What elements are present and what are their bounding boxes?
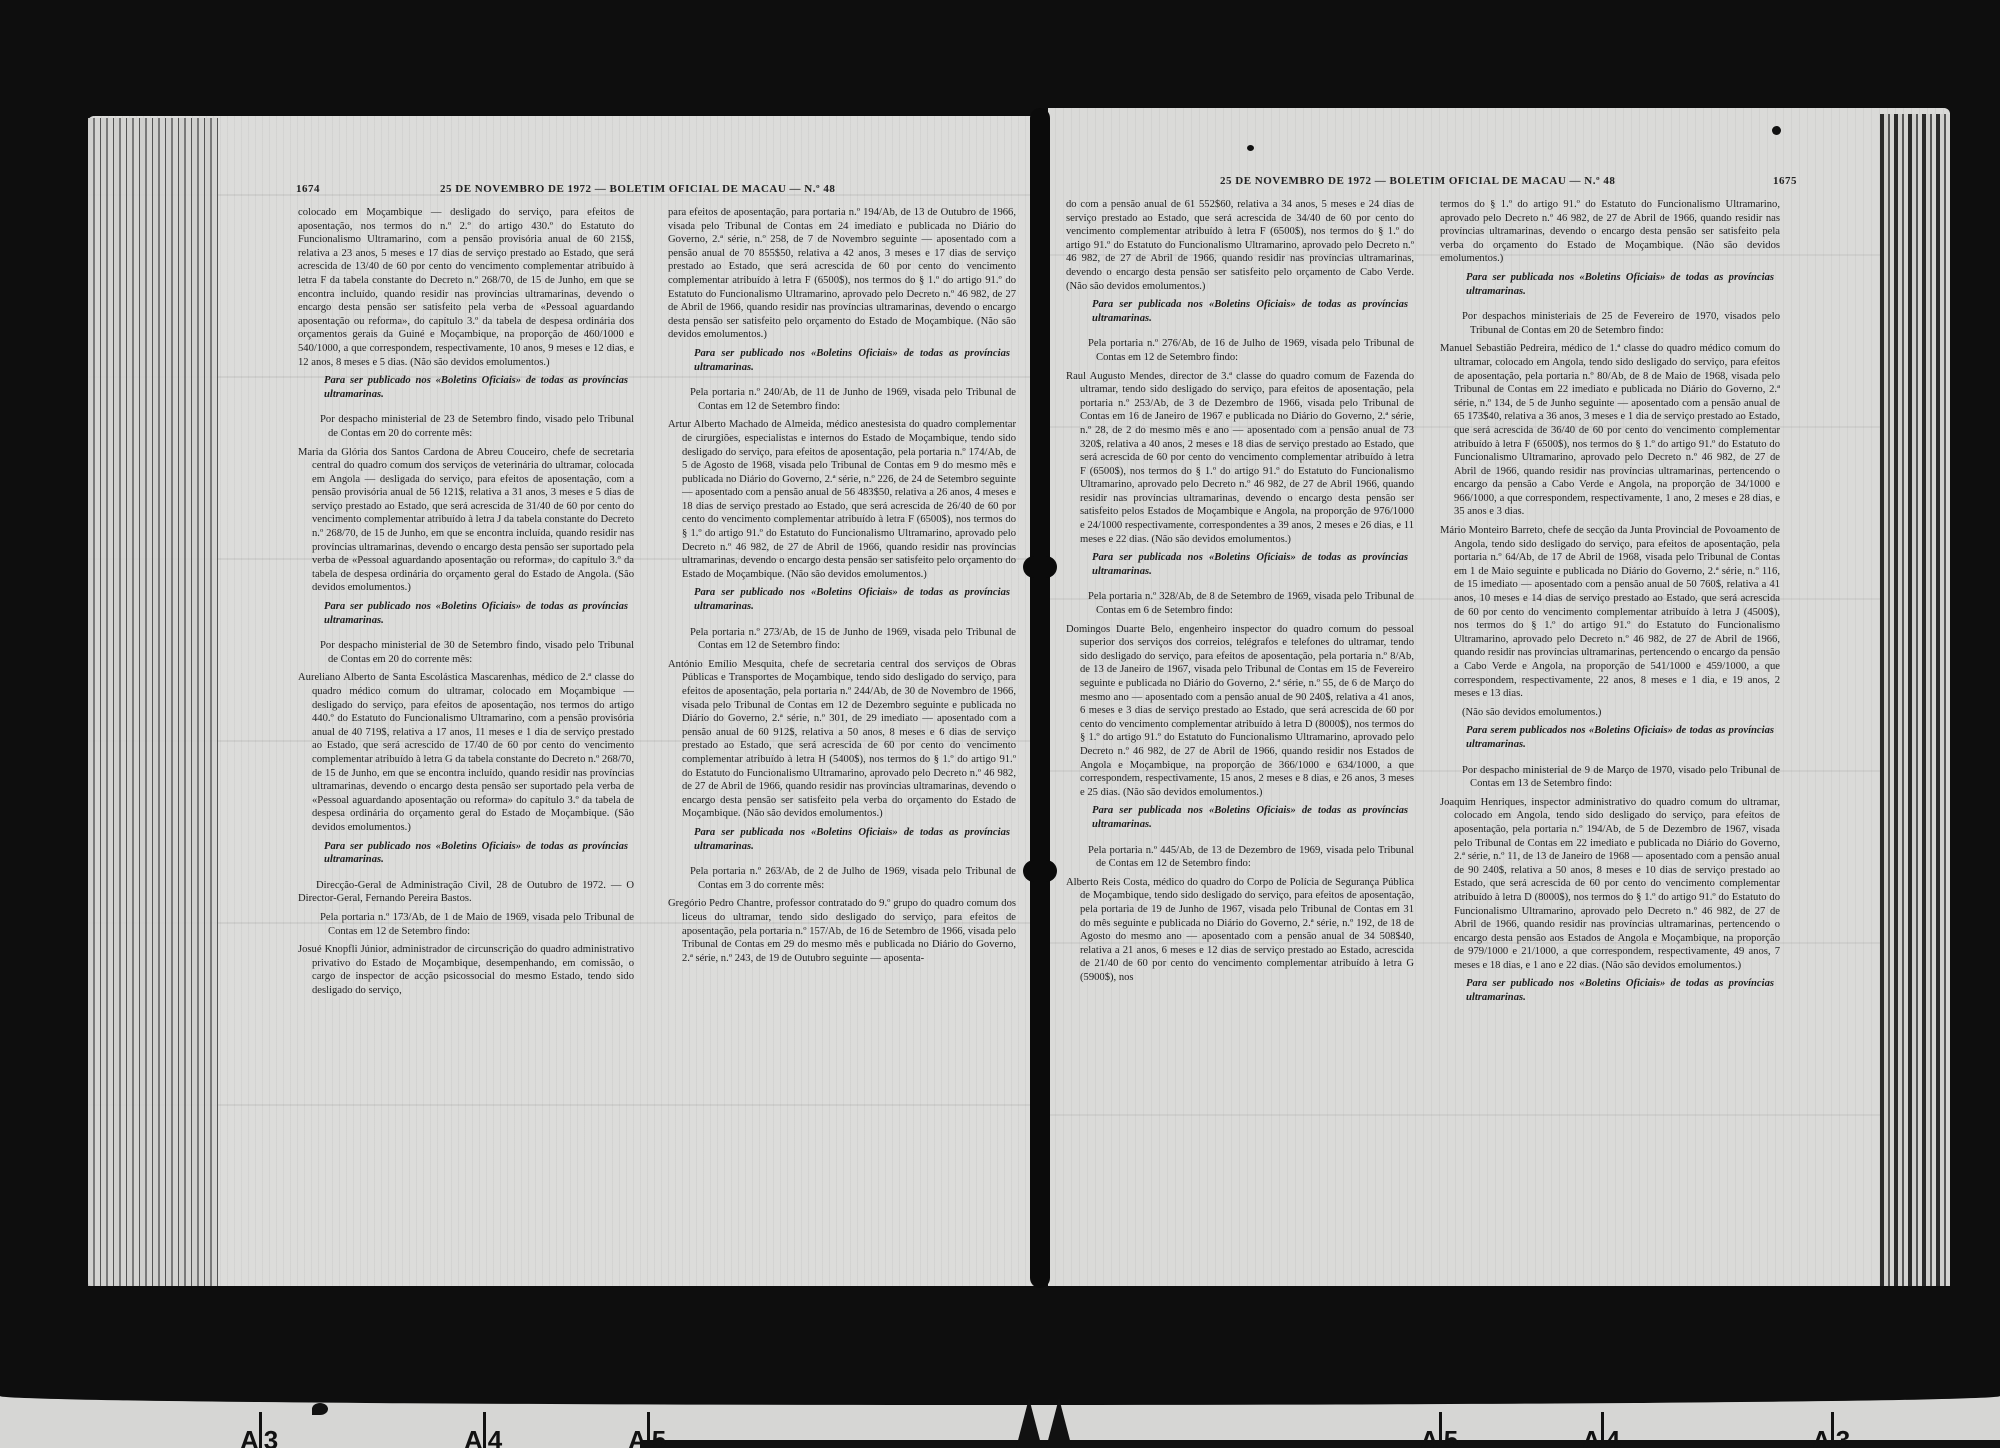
frame-marker: A5 <box>1420 1412 1456 1448</box>
scan-blot <box>1247 145 1254 151</box>
dispatch-heading: Pela portaria n.º 273/Ab, de 15 de Junho… <box>668 626 1016 653</box>
dispatch-heading: Pela portaria n.º 240/Ab, de 11 de Junho… <box>668 386 1016 413</box>
dispatch-heading: Por despacho ministerial de 23 de Setemb… <box>298 413 634 440</box>
left-page-number: 1674 <box>296 183 320 195</box>
dispatch-heading: Pela portaria n.º 328/Ab, de 8 de Setemb… <box>1066 590 1414 617</box>
film-center-notch <box>1046 1398 1072 1448</box>
text-column-3: do com a pensão anual de 61 552$60, rela… <box>1066 198 1414 1208</box>
frame-marker: A5 <box>628 1412 664 1448</box>
pension-entry: Raul Augusto Mendes, director de 3.ª cla… <box>1066 370 1414 547</box>
pension-entry: António Emílio Mesquita, chefe de secret… <box>668 658 1016 821</box>
pension-entry: Alberto Reis Costa, médico do quadro do … <box>1066 876 1414 985</box>
publication-note: Para ser publicada nos «Boletins Oficiai… <box>1066 298 1414 325</box>
signature-line: Direcção-Geral de Administração Civil, 2… <box>298 879 634 906</box>
pension-entry: Maria da Glória dos Santos Cardona de Ab… <box>298 446 634 596</box>
spine-clip <box>1023 860 1057 882</box>
book-spine <box>1030 108 1050 1288</box>
dispatch-heading: Pela portaria n.º 276/Ab, de 16 de Julho… <box>1066 337 1414 364</box>
frame-marker: A4 <box>464 1412 500 1448</box>
film-strip-bottom-edge <box>640 1440 2000 1448</box>
film-strip-shadow <box>0 1375 2000 1405</box>
publication-note: Para ser publicada nos «Boletins Oficiai… <box>668 826 1016 853</box>
paragraph: colocado em Moçambique — desligado do se… <box>298 206 634 369</box>
pension-entry: Aureliano Alberto de Santa Escolástica M… <box>298 671 634 834</box>
publication-note: Para ser publicado nos «Boletins Oficiai… <box>298 840 634 867</box>
pension-entry: Mário Monteiro Barreto, chefe de secção … <box>1440 524 1780 701</box>
publication-note: Para ser publicada nos «Boletins Oficiai… <box>1066 551 1414 578</box>
frame-marker: A4 <box>1582 1412 1618 1448</box>
dispatch-heading: Pela portaria n.º 445/Ab, de 13 de Dezem… <box>1066 844 1414 871</box>
emoluments-note: (Não são devidos emolumentos.) <box>1440 706 1780 720</box>
left-page-header: 25 DE NOVEMBRO DE 1972 — BOLETIM OFICIAL… <box>440 183 835 195</box>
pension-entry: Manuel Sebastião Pedreira, médico de 1.ª… <box>1440 342 1780 519</box>
film-center-notch <box>1016 1398 1042 1448</box>
pension-entry: Joaquim Henriques, inspector administrat… <box>1440 796 1780 973</box>
publication-note: Para ser publicado nos «Boletins Oficiai… <box>1440 977 1780 1004</box>
publication-note: Para ser publicada nos «Boletins Oficiai… <box>1066 804 1414 831</box>
pension-entry: Gregório Pedro Chantre, professor contra… <box>668 897 1016 965</box>
text-column-2: para efeitos de aposentação, para portar… <box>668 206 1016 1206</box>
dispatch-heading: Pela portaria n.º 263/Ab, de 2 de Julho … <box>668 865 1016 892</box>
pension-entry: Artur Alberto Machado de Almeida, médico… <box>668 418 1016 581</box>
pension-entry: Domingos Duarte Belo, engenheiro inspect… <box>1066 623 1414 800</box>
text-column-4: termos do § 1.º do artigo 91.º do Estatu… <box>1440 198 1780 1208</box>
right-page-header: 25 DE NOVEMBRO DE 1972 — BOLETIM OFICIAL… <box>1220 175 1615 187</box>
dispatch-heading: Por despacho ministerial de 30 de Setemb… <box>298 639 634 666</box>
right-page-edges <box>1880 114 1950 1286</box>
paragraph: do com a pensão anual de 61 552$60, rela… <box>1066 198 1414 293</box>
scan-blot <box>1772 126 1781 135</box>
publication-note: Para ser publicado nos «Boletins Oficiai… <box>668 347 1016 374</box>
publication-note: Para ser publicado nos «Boletins Oficiai… <box>668 586 1016 613</box>
paragraph: termos do § 1.º do artigo 91.º do Estatu… <box>1440 198 1780 266</box>
frame-marker: A3 <box>1812 1412 1848 1448</box>
paragraph: para efeitos de aposentação, para portar… <box>668 206 1016 342</box>
frame-marker: A3 <box>240 1412 276 1448</box>
dispatch-heading: Pela portaria n.º 173/Ab, de 1 de Maio d… <box>298 911 634 938</box>
publication-note: Para ser publicada nos «Boletins Oficiai… <box>1440 271 1780 298</box>
left-page-edges <box>88 118 218 1286</box>
publication-note: Para ser publicado nos «Boletins Oficiai… <box>298 374 634 401</box>
right-page-number: 1675 <box>1773 175 1797 187</box>
publication-note: Para ser publicado nos «Boletins Oficiai… <box>298 600 634 627</box>
pension-entry: Josué Knopfli Júnior, administrador de c… <box>298 943 634 997</box>
film-blot <box>312 1403 328 1415</box>
spine-clip <box>1023 556 1057 578</box>
dispatch-heading: Por despacho ministerial de 9 de Março d… <box>1440 764 1780 791</box>
text-column-1: colocado em Moçambique — desligado do se… <box>298 206 634 1206</box>
dispatch-heading: Por despachos ministeriais de 25 de Feve… <box>1440 310 1780 337</box>
publication-note: Para serem publicados nos «Boletins Ofic… <box>1440 724 1780 751</box>
